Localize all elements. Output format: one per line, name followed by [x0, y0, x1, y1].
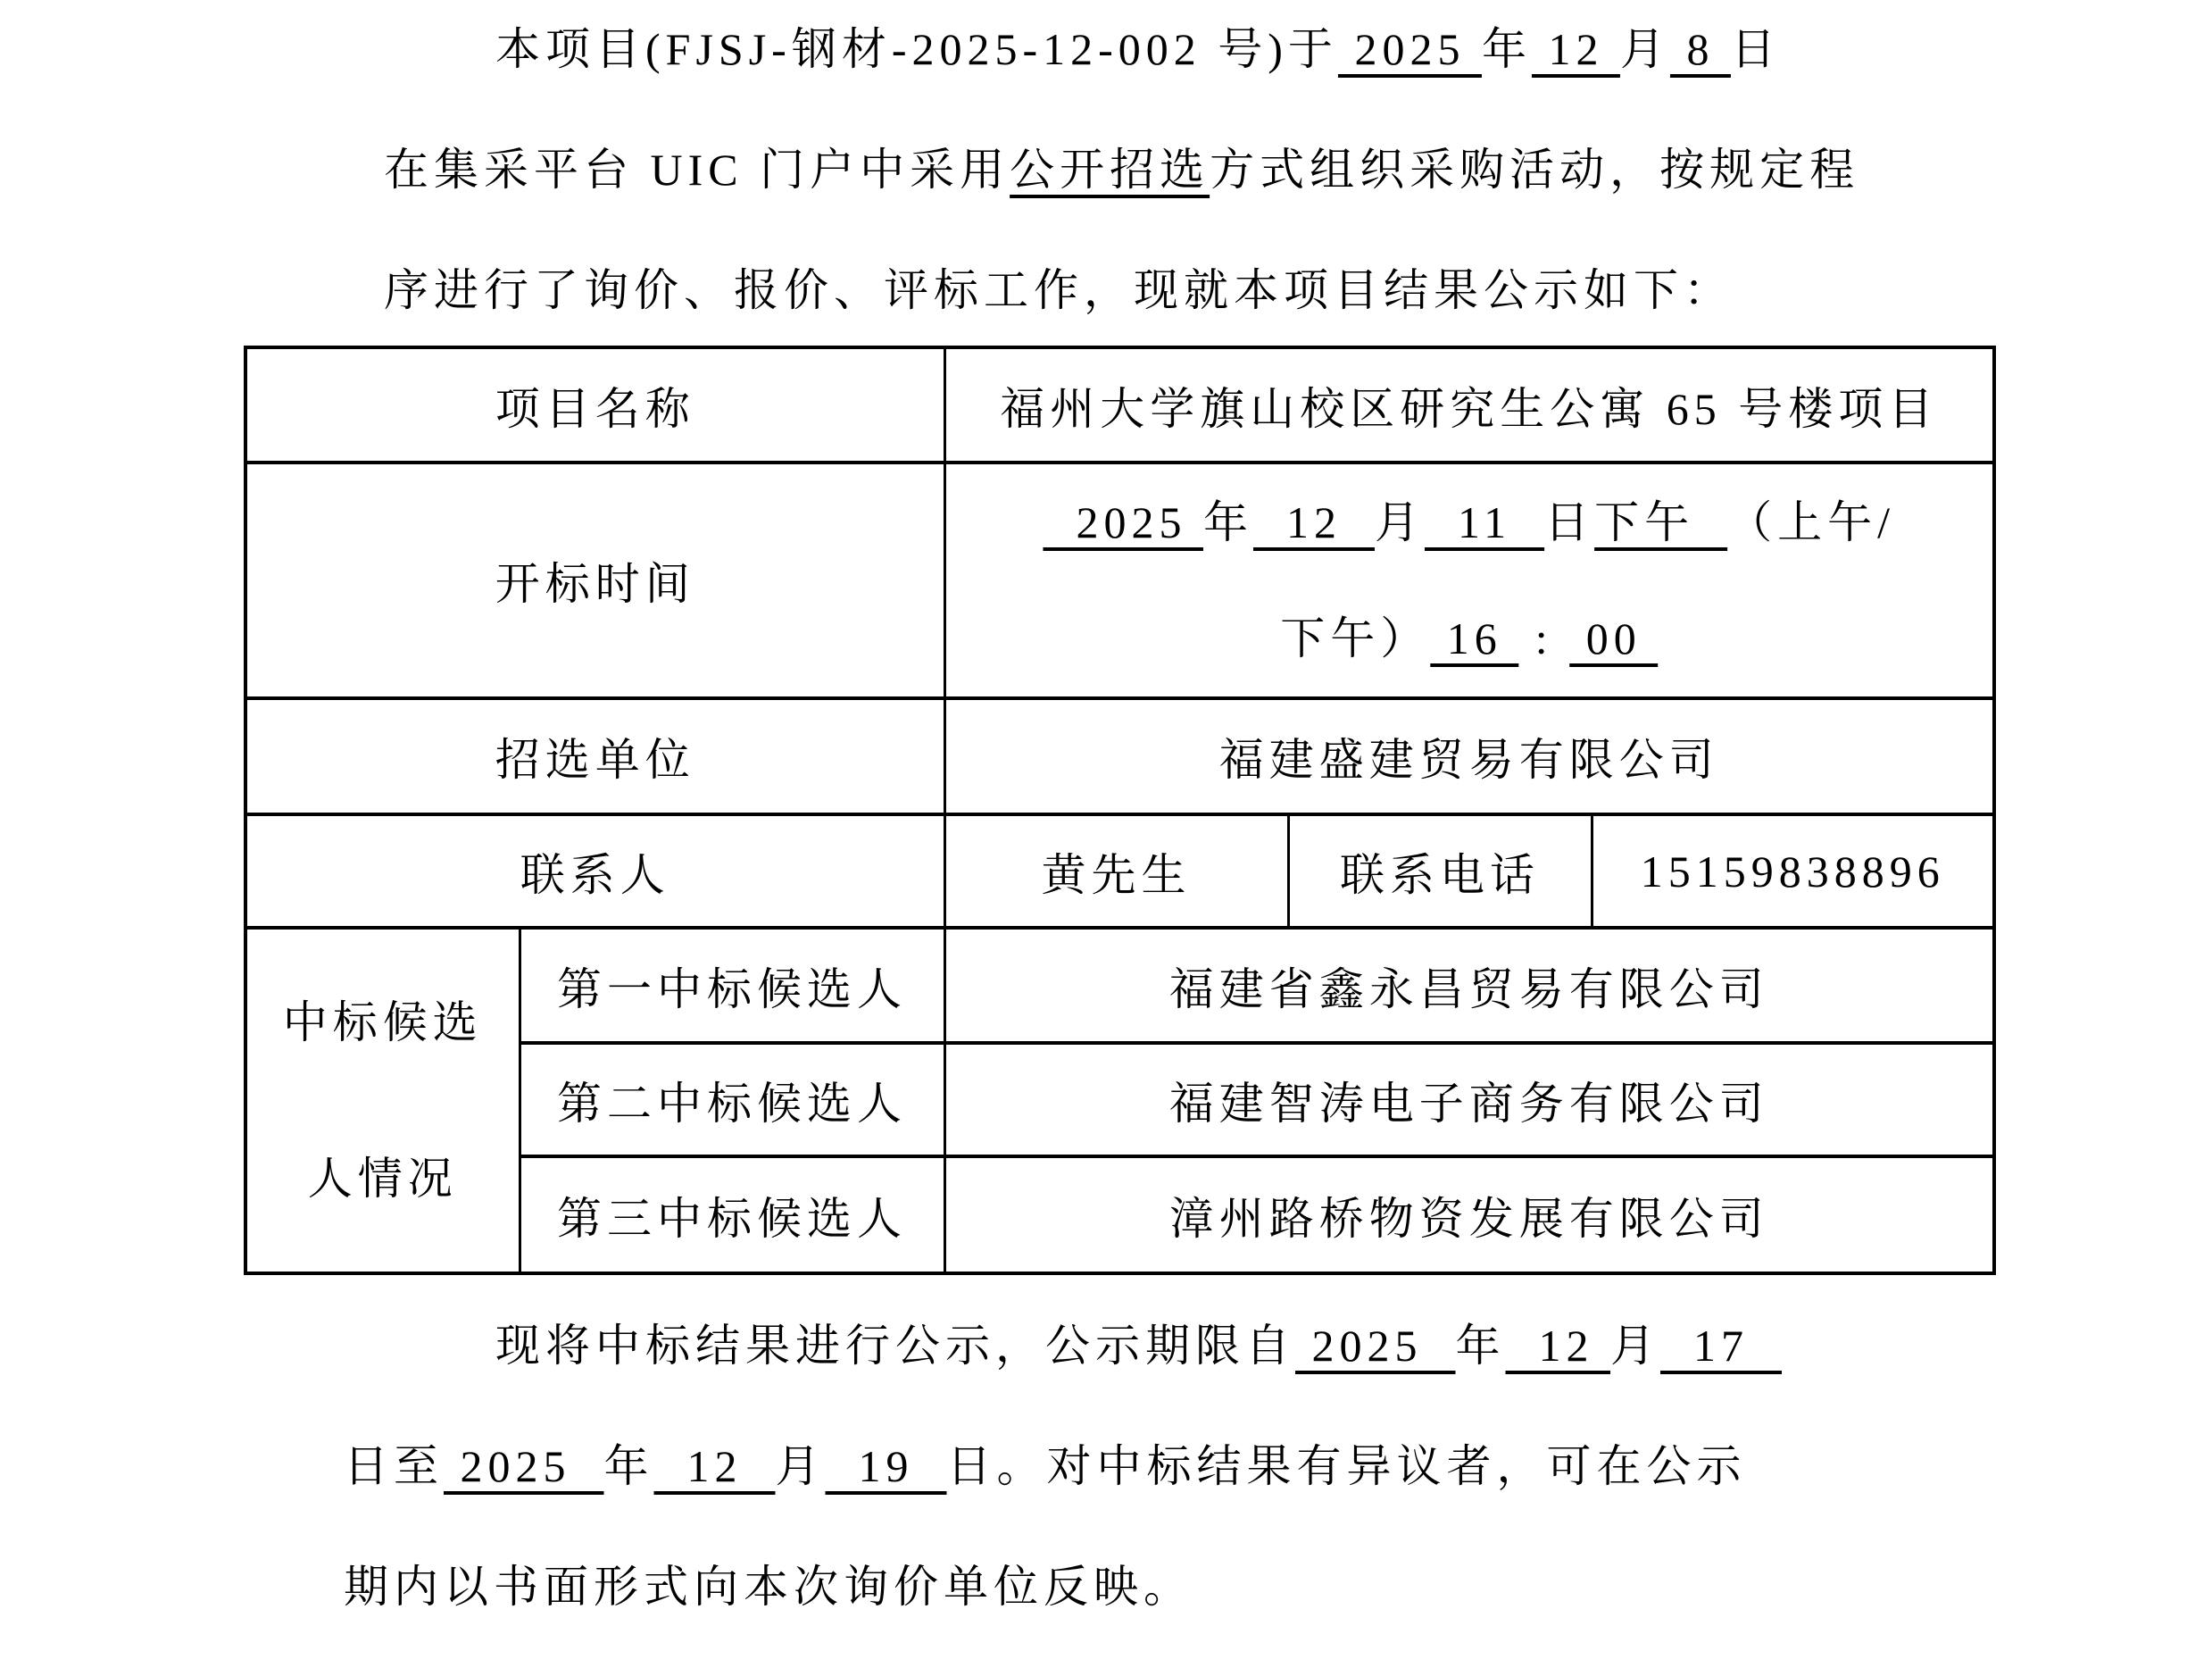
bid-year: 2025 [1043, 497, 1203, 547]
intro-line3-text: 序进行了询价、报价、评标工作，现就本项目结果公示如下： [384, 265, 1734, 315]
project-date-day: 8 [1670, 24, 1731, 74]
publicity-start-year: 2025 [1295, 1321, 1456, 1371]
publicity-paragraph: 现将中标结果进行公示，公示期限自 2025 年 12 月 17 日至 2025 … [0, 1286, 2212, 1647]
year-char: 年 [1482, 24, 1532, 74]
project-date-year: 2025 [1338, 24, 1482, 74]
bid-time-label: 开标时间 [245, 463, 944, 698]
candidate-3-company: 漳州路桥物资发展有限公司 [944, 1156, 1994, 1273]
bid-result-table: 项目名称 福州大学旗山校区研究生公寓 65 号楼项目 开标时间 2025 年 1… [244, 346, 1996, 1275]
candidates-group-label: 中标候选 人情况 [245, 928, 520, 1273]
bid-year-char: 年 [1203, 497, 1253, 547]
intro-line-3: 序进行了询价、报价、评标工作，现就本项目结果公示如下： [384, 230, 2212, 351]
bid-time-line-2: 下午） 16 : 00 [946, 580, 1993, 696]
day-char: 日 [1731, 24, 1781, 74]
contact-label: 联系人 [245, 814, 944, 928]
bid-time-value: 2025 年 12 月 11 日下午 （上午/ 下午） 16 : 00 [944, 463, 1994, 698]
publicity-start-month: 12 [1506, 1321, 1611, 1371]
candidate-1-label: 第一中标候选人 [520, 928, 944, 1043]
intro-line2-pre: 在集采平台 UIC 门户中采用 [384, 145, 1010, 195]
organizer-label: 招选单位 [245, 698, 944, 814]
project-date-month: 12 [1532, 24, 1620, 74]
publicity-line2-pre: 日至 [344, 1441, 444, 1491]
bid-minute: 00 [1569, 613, 1658, 663]
publicity-end-year-char: 年 [604, 1441, 654, 1491]
bid-ampm-options-open: （上午/ [1727, 497, 1895, 547]
publicity-start-day: 17 [1660, 1321, 1782, 1371]
candidate-2-company: 福建智涛电子商务有限公司 [944, 1043, 1994, 1156]
announcement-page: 本项目(FJSJ-钢材-2025-12-002 号)于 2025 年 12 月 … [0, 0, 2212, 1665]
intro-line1-pre: 本项目(FJSJ-钢材-2025-12-002 号)于 [495, 24, 1338, 74]
bid-day-char: 日 [1544, 497, 1594, 547]
intro-line2-post: 方式组织采购活动，按规定程 [1210, 145, 1859, 195]
publicity-line1-pre: 现将中标结果进行公示，公示期限自 [495, 1321, 1295, 1371]
candidate-2-label: 第二中标候选人 [520, 1043, 944, 1156]
row-project-name: 项目名称 福州大学旗山校区研究生公寓 65 号楼项目 [245, 347, 1994, 463]
publicity-start-year-char: 年 [1456, 1321, 1506, 1371]
bid-time-line-1: 2025 年 12 月 11 日下午 （上午/ [946, 464, 1993, 580]
publicity-line-2: 日至 2025 年 12 月 19 日。对中标结果有异议者，可在公示 [344, 1406, 2212, 1527]
row-organizer: 招选单位 福建盛建贸易有限公司 [245, 698, 1994, 814]
publicity-end-day: 19 [826, 1441, 947, 1491]
bid-ampm: 下午 [1594, 497, 1727, 547]
intro-paragraph: 本项目(FJSJ-钢材-2025-12-002 号)于 2025 年 12 月 … [0, 0, 2212, 351]
publicity-end-month: 12 [654, 1441, 776, 1491]
bid-day: 11 [1425, 497, 1544, 547]
contact-name: 黄先生 [944, 814, 1288, 928]
publicity-line-3: 期内以书面形式向本次询价单位反映。 [344, 1527, 2212, 1647]
publicity-line-1: 现将中标结果进行公示，公示期限自 2025 年 12 月 17 [495, 1286, 2212, 1406]
month-char: 月 [1620, 24, 1670, 74]
publicity-start-month-char: 月 [1610, 1321, 1660, 1371]
project-name-value: 福州大学旗山校区研究生公寓 65 号楼项目 [944, 347, 1994, 463]
contact-phone-number: 15159838896 [1592, 814, 1994, 928]
candidate-3-label: 第三中标候选人 [520, 1156, 944, 1273]
organizer-value: 福建盛建贸易有限公司 [944, 698, 1994, 814]
publicity-end-month-char: 月 [776, 1441, 826, 1491]
candidate-1-company: 福建省鑫永昌贸易有限公司 [944, 928, 1994, 1043]
project-name-label: 项目名称 [245, 347, 944, 463]
bid-ampm-options-close: 下午） [1280, 613, 1430, 663]
bid-time-colon: : [1518, 613, 1569, 663]
procurement-method: 公开招选 [1010, 145, 1210, 195]
bid-month-char: 月 [1375, 497, 1425, 547]
bid-month: 12 [1253, 497, 1375, 547]
contact-phone-label: 联系电话 [1288, 814, 1592, 928]
intro-line-1: 本项目(FJSJ-钢材-2025-12-002 号)于 2025 年 12 月 … [495, 0, 2212, 110]
row-bid-opening-time: 开标时间 2025 年 12 月 11 日下午 （上午/ 下午） 16 : 00 [245, 463, 1994, 698]
publicity-line2-post: 日。对中标结果有异议者，可在公示 [947, 1441, 1747, 1491]
publicity-line3-text: 期内以书面形式向本次询价单位反映。 [344, 1562, 1193, 1612]
intro-line-2: 在集采平台 UIC 门户中采用公开招选方式组织采购活动，按规定程 [384, 110, 2212, 230]
row-candidate-1: 中标候选 人情况 第一中标候选人 福建省鑫永昌贸易有限公司 [245, 928, 1994, 1043]
bid-hour: 16 [1430, 613, 1518, 663]
publicity-end-year: 2025 [444, 1441, 604, 1491]
row-contact: 联系人 黄先生 联系电话 15159838896 [245, 814, 1994, 928]
